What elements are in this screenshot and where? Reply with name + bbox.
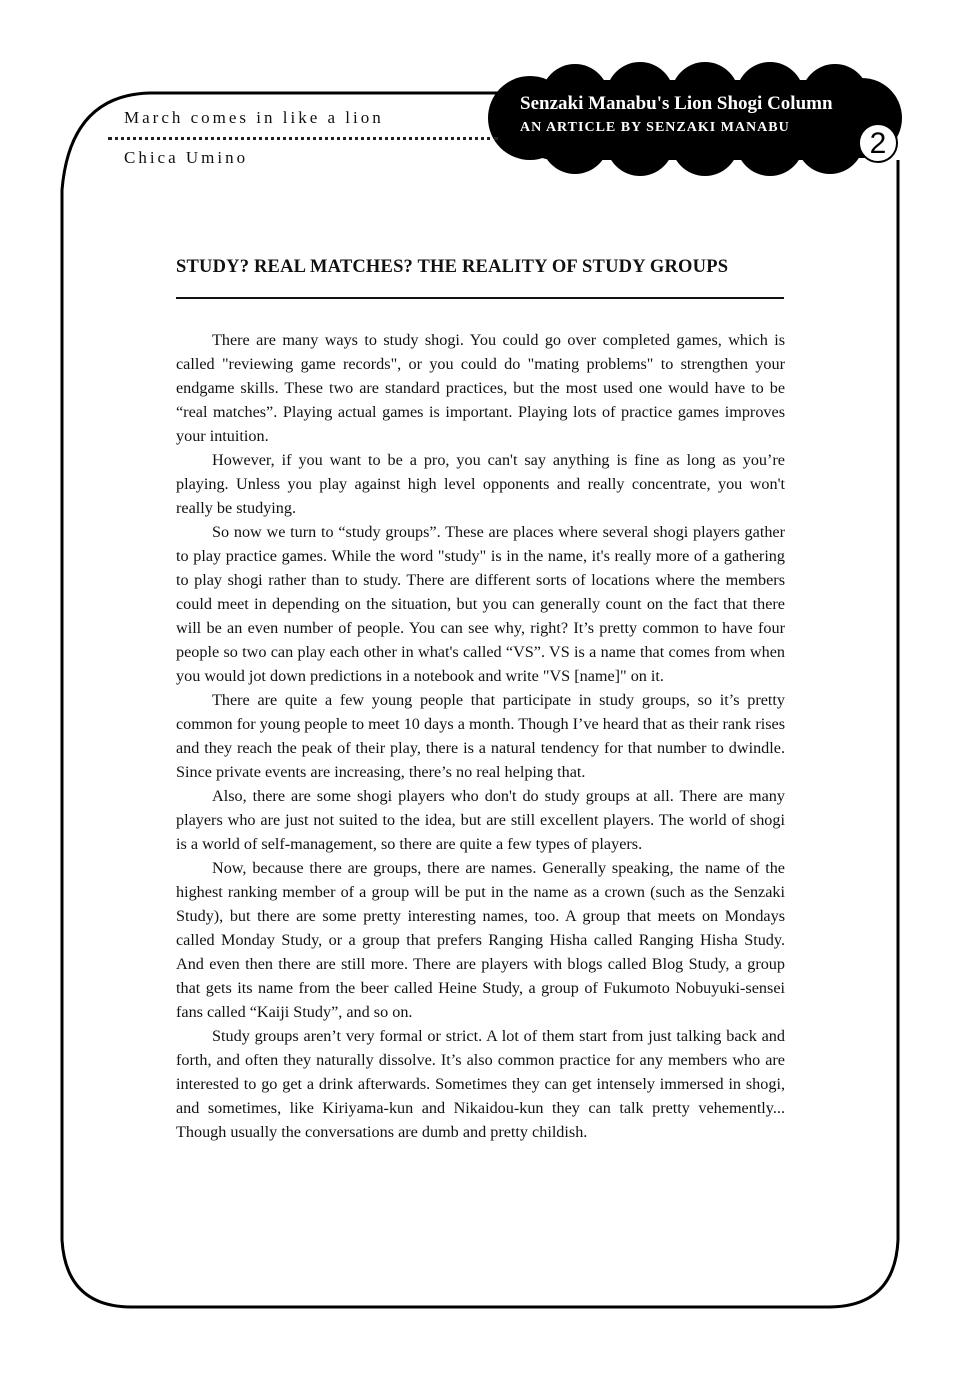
column-banner-cloud	[488, 62, 902, 176]
column-number-badge: 2	[858, 123, 898, 163]
article-heading: STUDY? REAL MATCHES? THE REALITY OF STUD…	[176, 257, 728, 278]
author-name: Chica Umino	[124, 148, 248, 168]
paragraph: However, if you want to be a pro, you ca…	[176, 448, 785, 520]
paragraph: There are many ways to study shogi. You …	[176, 328, 785, 448]
dotted-divider	[108, 137, 498, 140]
heading-rule	[176, 297, 784, 299]
column-subtitle: AN ARTICLE BY SENZAKI MANABU	[520, 120, 790, 136]
paragraph: Now, because there are groups, there are…	[176, 856, 785, 1024]
column-title: Senzaki Manabu's Lion Shogi Column	[520, 93, 833, 115]
manga-series-title: March comes in like a lion	[124, 108, 384, 128]
paragraph: So now we turn to “study groups”. These …	[176, 520, 785, 688]
paragraph: Study groups aren’t very formal or stric…	[176, 1024, 785, 1144]
paragraph: Also, there are some shogi players who d…	[176, 784, 785, 856]
paragraph: There are quite a few young people that …	[176, 688, 785, 784]
article-body: There are many ways to study shogi. You …	[176, 328, 785, 1144]
